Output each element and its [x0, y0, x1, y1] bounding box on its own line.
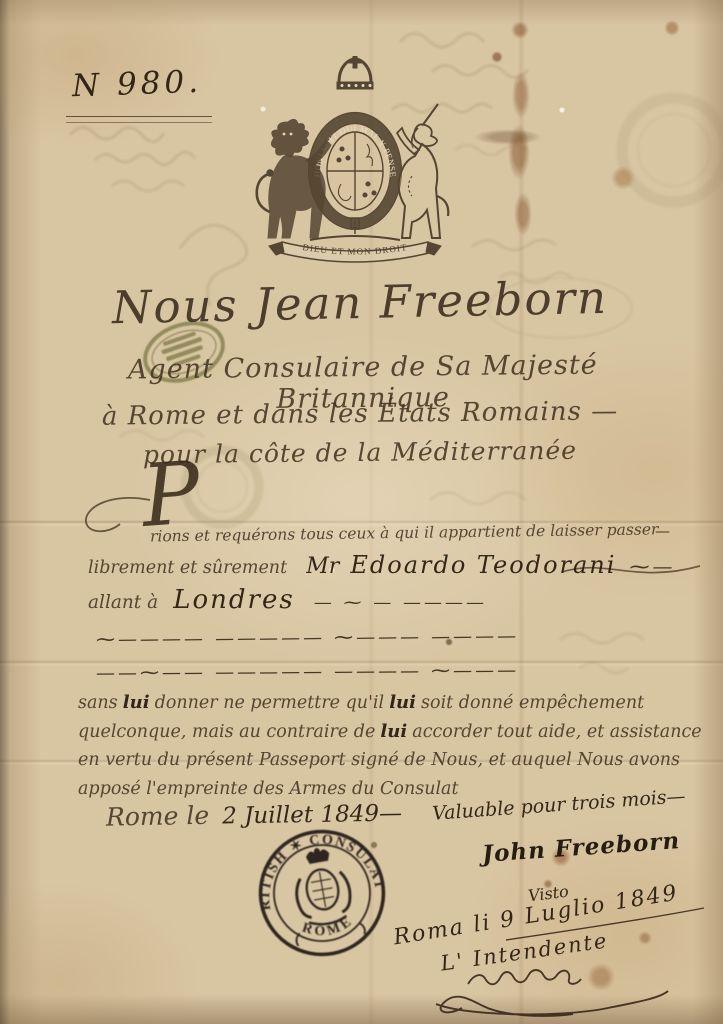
unicorn-supporter-icon [397, 104, 448, 238]
visa-signature-flourishes [0, 0, 723, 1024]
british-consulate-seal: BRITISH ✶ CONSULATE ROME [255, 826, 389, 960]
issue-date: 2 Juillet 1849— [222, 800, 402, 829]
clause-line-4: apposé l'empreinte des Armes du Consulat [78, 779, 459, 799]
destination-line: allant à Londres — ⁓ — ———— [88, 585, 487, 615]
crown-icon [337, 56, 373, 89]
bearer-trail-swash: ⁓— [630, 554, 676, 578]
seal-center-arms [281, 843, 365, 946]
visa-signature [468, 970, 581, 984]
freely-label: librement et sûrement [88, 558, 287, 578]
garter-motto-text: HONI SOIT QUI MAL Y PENSE [312, 123, 398, 177]
visa-underline-flourish [436, 991, 668, 1016]
bearer-prefix: Mr [306, 554, 339, 579]
validity-note: Valuable pour trois mois— [432, 785, 687, 825]
request-line-trail-dash: — [655, 522, 673, 540]
clause-2c: accorder tout aide, et assistance [412, 722, 701, 742]
clause-line-1: sans lui donner ne permettre qu'il lui s… [78, 692, 644, 713]
seal-bottom-text: ROME [298, 912, 359, 944]
motto-ribbon-text: DIEU ET MON DROIT [302, 242, 408, 257]
bearer-line: librement et sûrement Mr Edoardo Teodora… [88, 551, 676, 579]
clause-1d-filled: lui [389, 692, 416, 713]
quartered-shield [327, 132, 383, 210]
seal-top-text: BRITISH ✶ CONSULATE [255, 826, 387, 913]
passport-document-scan: N 980. [0, 0, 723, 1024]
document-number-underline [66, 116, 212, 123]
destination-trail-dashes: — ⁓ — ———— [314, 592, 487, 613]
issue-place-date-line: Rome le 2 Juillet 1849— [106, 797, 402, 831]
svg-text:BRITISH ✶ CONSULATE: BRITISH ✶ CONSULATE [255, 826, 387, 913]
issuer-headline: Nous Jean Freeborn [70, 270, 651, 335]
clause-2b-filled: lui [380, 721, 407, 742]
consul-signature: John Freeborn [481, 827, 681, 868]
clause-1e: soit donné empêchement [421, 693, 644, 713]
lion-supporter-icon [257, 119, 331, 238]
bearer-name: Edoardo Teodorani [350, 551, 616, 579]
clause-2a: quelconque, mais au contraire de [78, 722, 375, 742]
blank-fill-dashes-2: ——⁓—— ————— ———— ⁓——— [96, 658, 696, 684]
bleed-through-ghost-writing [0, 0, 723, 1024]
clause-line-2: quelconque, mais au contraire de lui acc… [78, 721, 702, 742]
svg-text:HONI SOIT QUI MAL Y PENSE: HONI SOIT QUI MAL Y PENSE [312, 123, 398, 177]
svg-text:DIEU ET MON DROIT: DIEU ET MON DROIT [302, 242, 408, 257]
blank-fill-dashes-1: ⁓———— ————— ⁓——— ———— [96, 623, 696, 650]
request-line: rions et requérons tous ceux à qui il ap… [150, 521, 650, 546]
clause-1a: sans [78, 693, 118, 713]
issue-place-label: Rome le [106, 801, 210, 832]
going-label: allant à [88, 592, 158, 613]
clause-line-3: en vertu du présent Passeport signé de N… [78, 750, 680, 770]
svg-text:ROME: ROME [298, 912, 359, 944]
clause-1b-filled: lui [123, 692, 150, 713]
garter-band [309, 113, 402, 235]
motto-ribbon [277, 242, 433, 262]
destination: Londres [173, 585, 294, 615]
royal-coat-of-arms: HONI SOIT QUI MAL Y PENSE [240, 56, 470, 268]
jurisdiction-line: à Rome et dans les États Romains — [80, 396, 640, 432]
clause-1c: donner ne permettre qu'il [155, 693, 384, 713]
document-number: N 980. [71, 64, 202, 105]
